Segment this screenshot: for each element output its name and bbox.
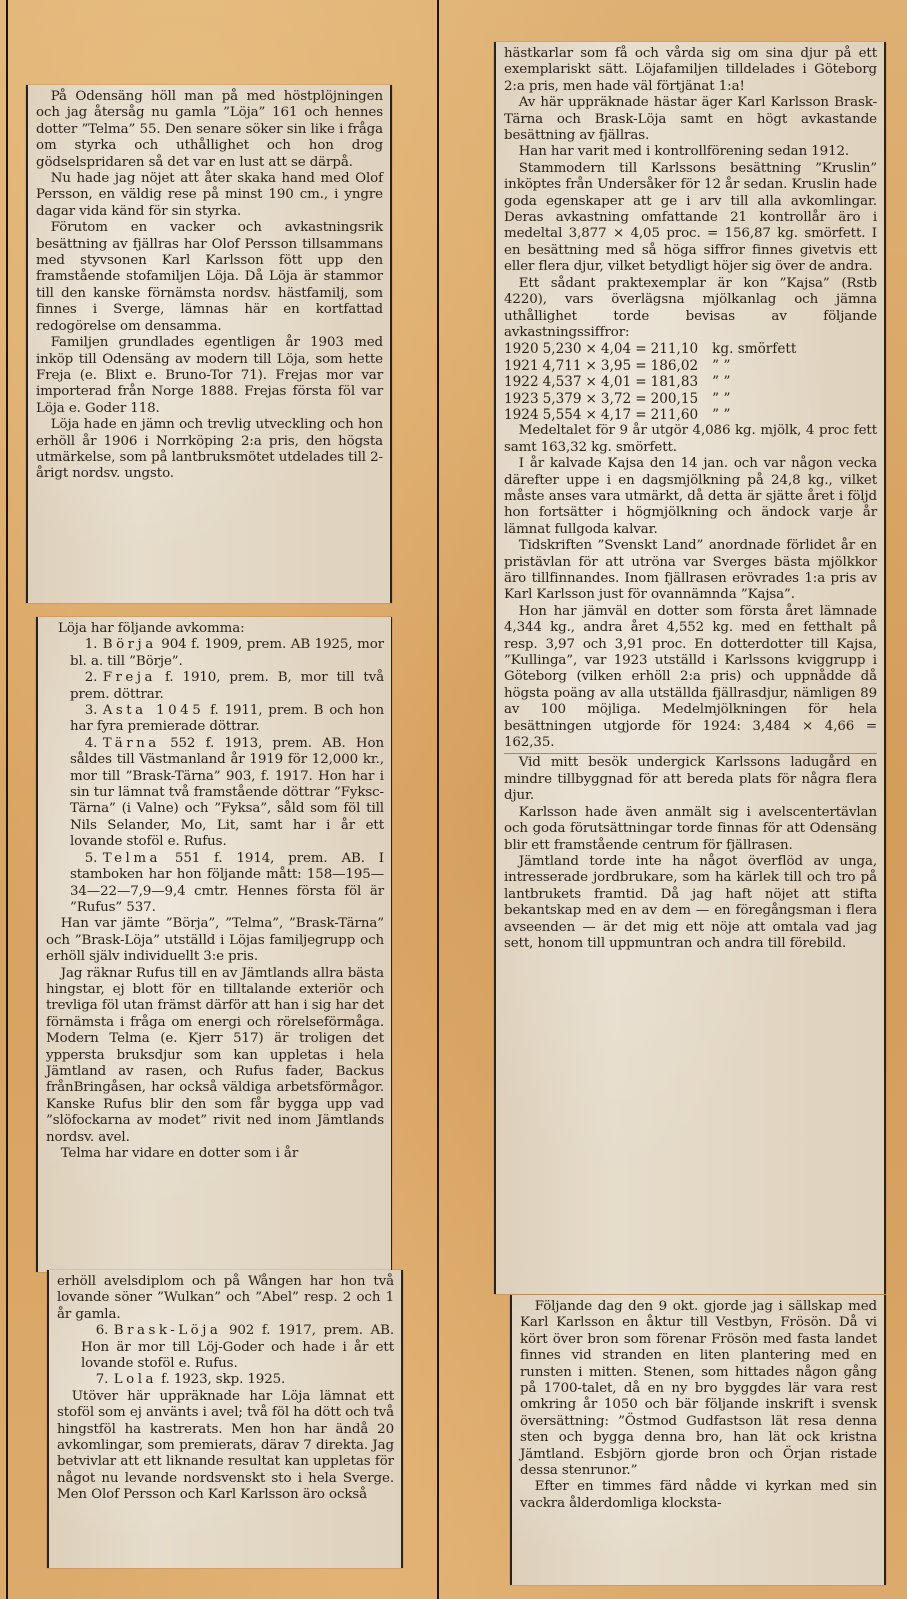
- paragraph: hästkarlar som få och vårda sig om sina …: [504, 46, 877, 95]
- paragraph: Jämtland torde inte ha något överflöd av…: [504, 854, 877, 952]
- horse-name: Brask-Löja: [114, 1323, 222, 1338]
- yield-row: 19205,230×4,04=211,10kg. smörfett: [504, 341, 824, 357]
- paragraph: Familjen grundlades egentligen år 1903 m…: [36, 335, 383, 417]
- clipping-odensang-intro: På Odensäng höll man på med höstplöjning…: [26, 85, 392, 603]
- offspring-item: 6.Brask-Löja 902 f. 1917, prem. AB. Hon …: [57, 1323, 394, 1372]
- clipping-loja-offspring: Löja har följande avkomma: 1.Börja 904 f…: [36, 617, 392, 1272]
- paragraph: Telma har vidare en dotter som i år: [46, 1146, 384, 1162]
- paragraph: Stammodern till Karlssons besättning ”Kr…: [504, 161, 877, 276]
- paragraph: Karlsson hade även anmält sig i avelscen…: [504, 805, 877, 854]
- paragraph: erhöll avelsdiplom och på Wången har hon…: [57, 1274, 394, 1323]
- offspring-item: 1.Börja 904 f. 1909, prem. AB 1925, mor …: [46, 637, 384, 670]
- horse-name: Freja: [103, 670, 156, 685]
- yield-row: 19224,537×4,01=181,83” ”: [504, 374, 824, 390]
- paragraph: Medeltalet för 9 år utgör 4,086 kg. mjöl…: [504, 423, 877, 456]
- page-rule-center: [437, 0, 439, 1599]
- paragraph: Tidskriften ”Svenskt Land” anordnade för…: [504, 538, 877, 604]
- paragraph: Nu hade jag nöjet att åter skaka hand me…: [36, 171, 383, 220]
- offspring-item: 7.Lola f. 1923, skp. 1925.: [57, 1372, 394, 1388]
- offspring-item: 5.Telma 551 f. 1914, prem. AB. I stambok…: [46, 851, 384, 917]
- clipping-loja-offspring-continued: erhöll avelsdiplom och på Wången har hon…: [47, 1270, 403, 1568]
- paragraph: Hon har jämväl en dotter som första året…: [504, 604, 877, 752]
- paragraph: I år kalvade Kajsa den 14 jan. och var n…: [504, 456, 877, 538]
- paragraph: Löja hade en jämn och trevlig utveckling…: [36, 417, 383, 483]
- clipping-froson-trip: Följande dag den 9 okt. gjorde jag i säl…: [510, 1295, 886, 1585]
- horse-name: Lola: [114, 1372, 157, 1387]
- paragraph: Vid mitt besök undergick Karlssons ladug…: [504, 755, 877, 804]
- paragraph: Jag räknar Rufus till en av Jämtlands al…: [46, 966, 384, 1146]
- horse-name: Telma: [103, 851, 161, 866]
- clipping-fold: Vid mitt besök undergick Karlssons ladug…: [504, 753, 877, 952]
- paragraph: På Odensäng höll man på med höstplöjning…: [36, 89, 383, 171]
- paragraph: Av här uppräknade hästar äger Karl Karls…: [504, 95, 877, 144]
- paragraph: Följande dag den 9 okt. gjorde jag i säl…: [520, 1299, 877, 1479]
- paragraph: Förutom en vacker och avkastningsrik bes…: [36, 220, 383, 335]
- horse-name: Börja: [103, 637, 157, 652]
- paragraph: Han har varit med i kontrollförening sed…: [504, 144, 877, 160]
- horse-name: Tärna: [103, 736, 160, 751]
- offspring-heading: Löja har följande avkomma:: [46, 621, 384, 637]
- clipping-karlsson-herd: hästkarlar som få och vårda sig om sina …: [494, 42, 886, 1294]
- paragraph: Utöver här uppräknade har Löja lämnat et…: [57, 1389, 394, 1504]
- offspring-item: 4.Tärna 552 f. 1913, prem. AB. Hon sålde…: [46, 736, 384, 851]
- yield-table: 19205,230×4,04=211,10kg. smörfett19214,7…: [504, 341, 824, 423]
- paragraph: Efter en timmes färd nådde vi kyrkan med…: [520, 1479, 877, 1512]
- paragraph: Ett sådant praktexemplar är kon ”Kajsa” …: [504, 276, 877, 342]
- yield-row: 19214,711×3,95=186,02” ”: [504, 358, 824, 374]
- yield-row: 19245,554×4,17=211,60” ”: [504, 407, 824, 423]
- horse-name: Asta 1045: [103, 703, 205, 718]
- paragraph: Han var jämte ”Börja”, ”Telma”, ”Brask-T…: [46, 916, 384, 965]
- offspring-item: 3.Asta 1045 f. 1911, prem. B och hon har…: [46, 703, 384, 736]
- offspring-list: 1.Börja 904 f. 1909, prem. AB 1925, mor …: [46, 637, 384, 916]
- yield-row: 19235,379×3,72=200,15” ”: [504, 391, 824, 407]
- offspring-item: 2.Freja f. 1910, prem. B, mor till två p…: [46, 670, 384, 703]
- page-rule-left: [6, 0, 8, 1599]
